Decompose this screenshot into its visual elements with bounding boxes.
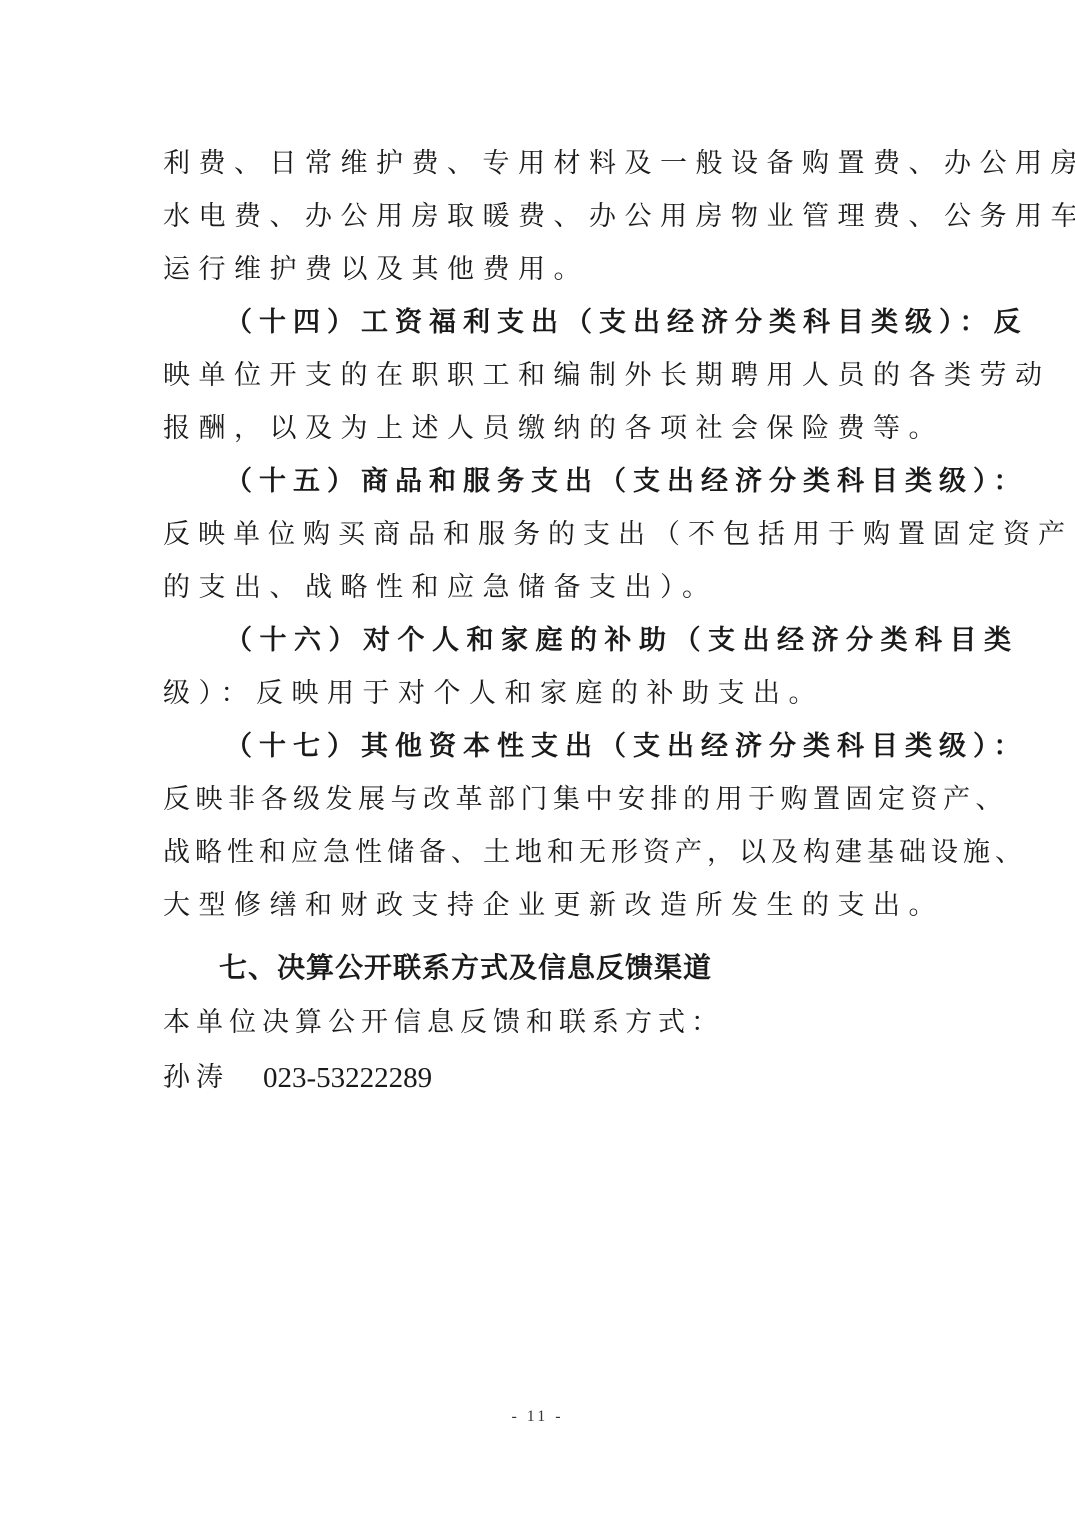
paragraph-line: 的支出、战略性和应急储备支出）。 <box>163 568 718 608</box>
paragraph-line: 利费、日常维护费、专用材料及一般设备购置费、办公用房 <box>163 144 1075 184</box>
paragraph-line: 水电费、办公用房取暖费、办公用房物业管理费、公务用车 <box>163 197 1075 237</box>
paragraph-line: 运行维护费以及其他费用。 <box>163 250 589 290</box>
page-number: - 11 - <box>0 1408 1075 1426</box>
paragraph-line: 战略性和应急性储备、土地和无形资产，以及构建基础设施、 <box>163 833 1027 873</box>
paragraph-line: 大型修缮和财政支持企业更新改造所发生的支出。 <box>163 886 944 926</box>
contact-name: 孙涛 <box>163 1058 229 1098</box>
item-15-title-line: （十五）商品和服务支出（支出经济分类科目类级）： <box>225 462 1028 502</box>
item-16-title-line: （十六）对个人和家庭的补助（支出经济分类科目类 <box>225 621 1019 661</box>
paragraph-line: 反映单位购买商品和服务的支出（不包括用于购置固定资产 <box>163 515 1073 555</box>
item-17-title-line: （十七）其他资本性支出（支出经济分类科目类级）： <box>225 727 1028 767</box>
document-page: 利费、日常维护费、专用材料及一般设备购置费、办公用房 水电费、办公用房取暖费、办… <box>0 0 1075 1520</box>
item-14-title-line: （十四）工资福利支出（支出经济分类科目类级）：反 <box>225 303 1028 343</box>
contact-intro: 本单位决算公开信息反馈和联系方式： <box>163 1003 724 1043</box>
paragraph-line: 报酬，以及为上述人员缴纳的各项社会保险费等。 <box>163 409 944 449</box>
paragraph-line: 级）：反映用于对个人和家庭的补助支出。 <box>163 674 824 714</box>
section-heading: 七、决算公开联系方式及信息反馈渠道 <box>219 948 712 988</box>
paragraph-line: 映单位开支的在职职工和编制外长期聘用人员的各类劳动 <box>163 356 1051 396</box>
paragraph-line: 反映非各级发展与改革部门集中安排的用于购置固定资产、 <box>163 780 1008 820</box>
contact-phone: 023-53222289 <box>263 1058 432 1098</box>
